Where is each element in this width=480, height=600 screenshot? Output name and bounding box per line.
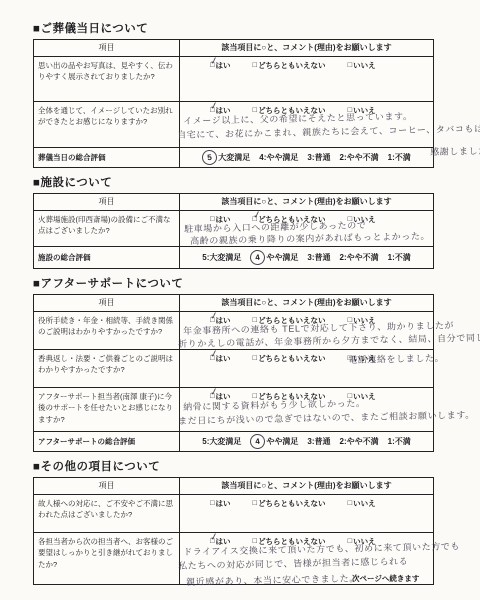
option-neutral: □どちらともいえない	[253, 498, 326, 509]
answer-cell: □はい □どちらともいえない □いいえ	[180, 495, 433, 532]
scale-option-2: 2:やや不満	[340, 436, 379, 447]
rating-row: 施設の総合評価 5:大変満足 4:やや満足 3:普通 2:やや不満 1:不満	[34, 246, 433, 268]
option-label: いいえ	[353, 353, 376, 364]
scale-option-5: 5:大変満足	[202, 150, 250, 165]
scale-option-1: 1:不満	[388, 436, 411, 447]
checkbox-icon: □	[348, 498, 353, 509]
rating-label: 施設の総合評価	[34, 247, 180, 268]
rating-row: 葬儀当日の総合評価 5:大変満足 4:やや満足 3:普通 2:やや不満 1:不満	[34, 147, 433, 167]
scale-option-3: 3:普通	[307, 252, 330, 263]
table-header-row: 項目 該当項目に○と、コメント(理由)をお願いします	[34, 40, 433, 56]
header-item: 項目	[34, 478, 180, 494]
scale-label: 大変満足	[209, 436, 241, 447]
survey-scan-page: ■ご葬儀当日について 項目 該当項目に○と、コメント(理由)をお願いします 思い…	[0, 0, 480, 600]
rating-scale: 5:大変満足 4:やや満足 3:普通 2:やや不満 1:不満	[180, 148, 433, 167]
checkbox-icon: □	[210, 498, 215, 509]
scale-option-4: 4:やや満足	[259, 152, 298, 163]
scale-label: やや満足	[266, 252, 298, 263]
header-instruction: 該当項目に○と、コメント(理由)をお願いします	[180, 194, 433, 210]
scale-label: 普通	[315, 152, 331, 163]
checkbox-icon: □	[253, 353, 258, 364]
continue-note: 次ページへ続きます	[352, 573, 419, 584]
circled-rating: 5	[201, 149, 218, 166]
circled-rating: 4	[250, 433, 267, 450]
scale-option-4: 4:やや満足	[250, 250, 298, 265]
scale-label: 普通	[315, 436, 331, 447]
option-no: □いいえ	[348, 60, 376, 71]
header-instruction: 該当項目に○と、コメント(理由)をお願いします	[180, 295, 433, 311]
answer-cell: □✓はい □どちらともいえない □いいえ ドライアイス交換に来て頂いた方でも、初…	[180, 533, 433, 584]
scale-option-4: 4:やや満足	[250, 434, 298, 449]
table-header-row: 項目 該当項目に○と、コメント(理由)をお願いします	[34, 194, 433, 210]
table-row: 香典返し・法要・ご供養ごとのご説明はわかりやすかったですか? □✓はい □どちら…	[34, 349, 433, 387]
question-text: 役所手続き・年金・相続等、手続き関係のご説明はわかりやすかったですか?	[34, 312, 180, 349]
check-mark-icon: ✓	[209, 531, 219, 544]
answer-cell: □✓はい □どちらともいえない □いいえ	[180, 57, 433, 101]
header-item: 項目	[34, 40, 180, 56]
check-mark-icon: ✓	[209, 55, 219, 68]
table-row: 思い出の品やお写真は、見やすく、伝わりやすく展示されておりましたか? □✓はい …	[34, 56, 433, 101]
option-yes: □はい	[210, 498, 231, 509]
header-item: 項目	[34, 295, 180, 311]
checkbox-icon: □	[253, 60, 258, 71]
scale-option-2: 2:やや不満	[340, 252, 379, 263]
scale-label: 不満	[395, 252, 411, 263]
table-row: 役所手続き・年金・相続等、手続き関係のご説明はわかりやすかったですか? □✓はい…	[34, 311, 433, 349]
rating-scale: 5:大変満足 4:やや満足 3:普通 2:やや不満 1:不満	[180, 432, 433, 451]
option-label: はい	[216, 498, 231, 509]
scale-option-3: 3:普通	[307, 152, 330, 163]
rating-scale: 5:大変満足 4:やや満足 3:普通 2:やや不満 1:不満	[180, 247, 433, 268]
answer-cell: □✓はい □どちらともいえない □いいえ 納骨に関する資料がもう少し欲しかった。…	[180, 388, 433, 431]
answer-cell: □✓はい □どちらともいえない □いいえ 年金事務所への連絡も TELで対応して…	[180, 312, 433, 349]
scale-label: 大変満足	[209, 252, 241, 263]
option-line: □はい □どちらともいえない □いいえ	[184, 498, 429, 509]
scale-label: 不満	[395, 436, 411, 447]
checkbox-icon: □	[348, 353, 353, 364]
check-mark-icon: ✓	[209, 386, 219, 399]
funeral-day-table: 項目 該当項目に○と、コメント(理由)をお願いします 思い出の品やお写真は、見や…	[33, 39, 434, 168]
checkbox-icon: □	[253, 498, 258, 509]
scale-option-1: 1:不満	[388, 152, 411, 163]
question-text: 全体を通じて、イメージしていたお別れができたとお感じになりますか?	[34, 102, 180, 147]
option-label: どちらともいえない	[258, 498, 326, 509]
option-neutral: □どちらともいえない	[253, 60, 326, 71]
after-support-table: 項目 該当項目に○と、コメント(理由)をお願いします 役所手続き・年金・相続等、…	[33, 294, 434, 452]
scale-option-3: 3:普通	[307, 436, 330, 447]
scale-label: 普通	[315, 252, 331, 263]
section-title-after-support: ■アフターサポートについて	[33, 275, 466, 291]
handwritten-comment: 感謝しました。	[430, 144, 480, 158]
section-title-other: ■その他の項目について	[33, 458, 466, 474]
option-label: いいえ	[353, 498, 376, 509]
question-text: 香典返し・法要・ご供養ごとのご説明はわかりやすかったですか?	[34, 350, 180, 387]
scale-label: やや満足	[266, 152, 298, 163]
scale-label: 大変満足	[218, 152, 250, 163]
scale-option-5: 5:大変満足	[202, 436, 241, 447]
scale-label: やや不満	[347, 436, 379, 447]
table-header-row: 項目 該当項目に○と、コメント(理由)をお願いします	[34, 478, 433, 494]
question-text: 思い出の品やお写真は、見やすく、伝わりやすく展示されておりましたか?	[34, 57, 180, 101]
check-mark-icon: ✓	[209, 348, 219, 361]
check-mark-icon: ✓	[209, 100, 219, 113]
scale-label: やや不満	[347, 252, 379, 263]
option-label: どちらともいえない	[258, 353, 326, 364]
header-instruction: 該当項目に○と、コメント(理由)をお願いします	[180, 478, 433, 494]
answer-cell: □✓はい □どちらともいえない □いいえ	[180, 350, 433, 387]
rating-label: 葬儀当日の総合評価	[34, 148, 180, 167]
table-row: 各担当者から次の担当者へ、お客様のご要望はしっかりと引き継がれておりましたか? …	[34, 532, 433, 584]
circled-rating: 4	[250, 249, 267, 266]
option-yes: □✓はい	[210, 353, 231, 364]
rating-row: アフターサポートの総合評価 5:大変満足 4:やや満足 3:普通 2:やや不満 …	[34, 431, 433, 451]
section-title-facility: ■施設について	[33, 174, 466, 190]
option-no: □いいえ	[348, 353, 376, 364]
option-label: いいえ	[353, 60, 376, 71]
table-header-row: 項目 該当項目に○と、コメント(理由)をお願いします	[34, 295, 433, 311]
table-row: 全体を通じて、イメージしていたお別れができたとお感じになりますか? □✓はい □…	[34, 101, 433, 147]
option-label: どちらともいえない	[258, 60, 326, 71]
scale-label: 不満	[395, 152, 411, 163]
check-mark-icon: ✓	[209, 310, 219, 323]
rating-label: アフターサポートの総合評価	[34, 432, 180, 451]
scale-label: やや満足	[266, 436, 298, 447]
scale-option-1: 1:不満	[388, 252, 411, 263]
option-line: □✓はい □どちらともいえない □いいえ	[184, 353, 429, 364]
table-row: 故人様への対応に、ご不安やご不満に思われた点はございましたか? □はい □どちら…	[34, 494, 433, 532]
scale-option-5: 5:大変満足	[202, 252, 241, 263]
question-text: 故人様への対応に、ご不安やご不満に思われた点はございましたか?	[34, 495, 180, 532]
handwritten-comment: 親近感があり、本当に安心できました。	[186, 571, 359, 588]
option-yes: □✓はい	[210, 60, 231, 71]
option-neutral: □どちらともいえない	[253, 353, 326, 364]
table-row: 火葬場施設(印西斎場)の設備にご不満な点はございましたか? □はい □✓どちらと…	[34, 210, 433, 246]
scale-label: やや不満	[347, 152, 379, 163]
other-items-table: 項目 該当項目に○と、コメント(理由)をお願いします 故人様への対応に、ご不安や…	[33, 477, 434, 585]
option-no: □いいえ	[348, 498, 376, 509]
header-item: 項目	[34, 194, 180, 210]
facility-table: 項目 該当項目に○と、コメント(理由)をお願いします 火葬場施設(印西斎場)の設…	[33, 193, 434, 269]
question-text: アフターサポート担当者(南澤 康子)に今後のサポートを任せたいとお感じになります…	[34, 388, 180, 431]
header-instruction: 該当項目に○と、コメント(理由)をお願いします	[180, 40, 433, 56]
answer-cell: □はい □✓どちらともいえない □いいえ 駐車場から入口への距離が少しあったので…	[180, 211, 433, 246]
checkbox-icon: □	[348, 60, 353, 71]
scale-option-2: 2:やや不満	[340, 152, 379, 163]
option-line: □✓はい □どちらともいえない □いいえ	[184, 60, 429, 71]
section-title-funeral-day: ■ご葬儀当日について	[33, 20, 466, 36]
question-text: 各担当者から次の担当者へ、お客様のご要望はしっかりと引き継がれておりましたか?	[34, 533, 180, 584]
question-text: 火葬場施設(印西斎場)の設備にご不満な点はございましたか?	[34, 211, 180, 246]
table-row: アフターサポート担当者(南澤 康子)に今後のサポートを任せたいとお感じになります…	[34, 387, 433, 431]
answer-cell: □✓はい □どちらともいえない □いいえ イメージ以上に、父の希望にそえたと思っ…	[180, 102, 433, 147]
